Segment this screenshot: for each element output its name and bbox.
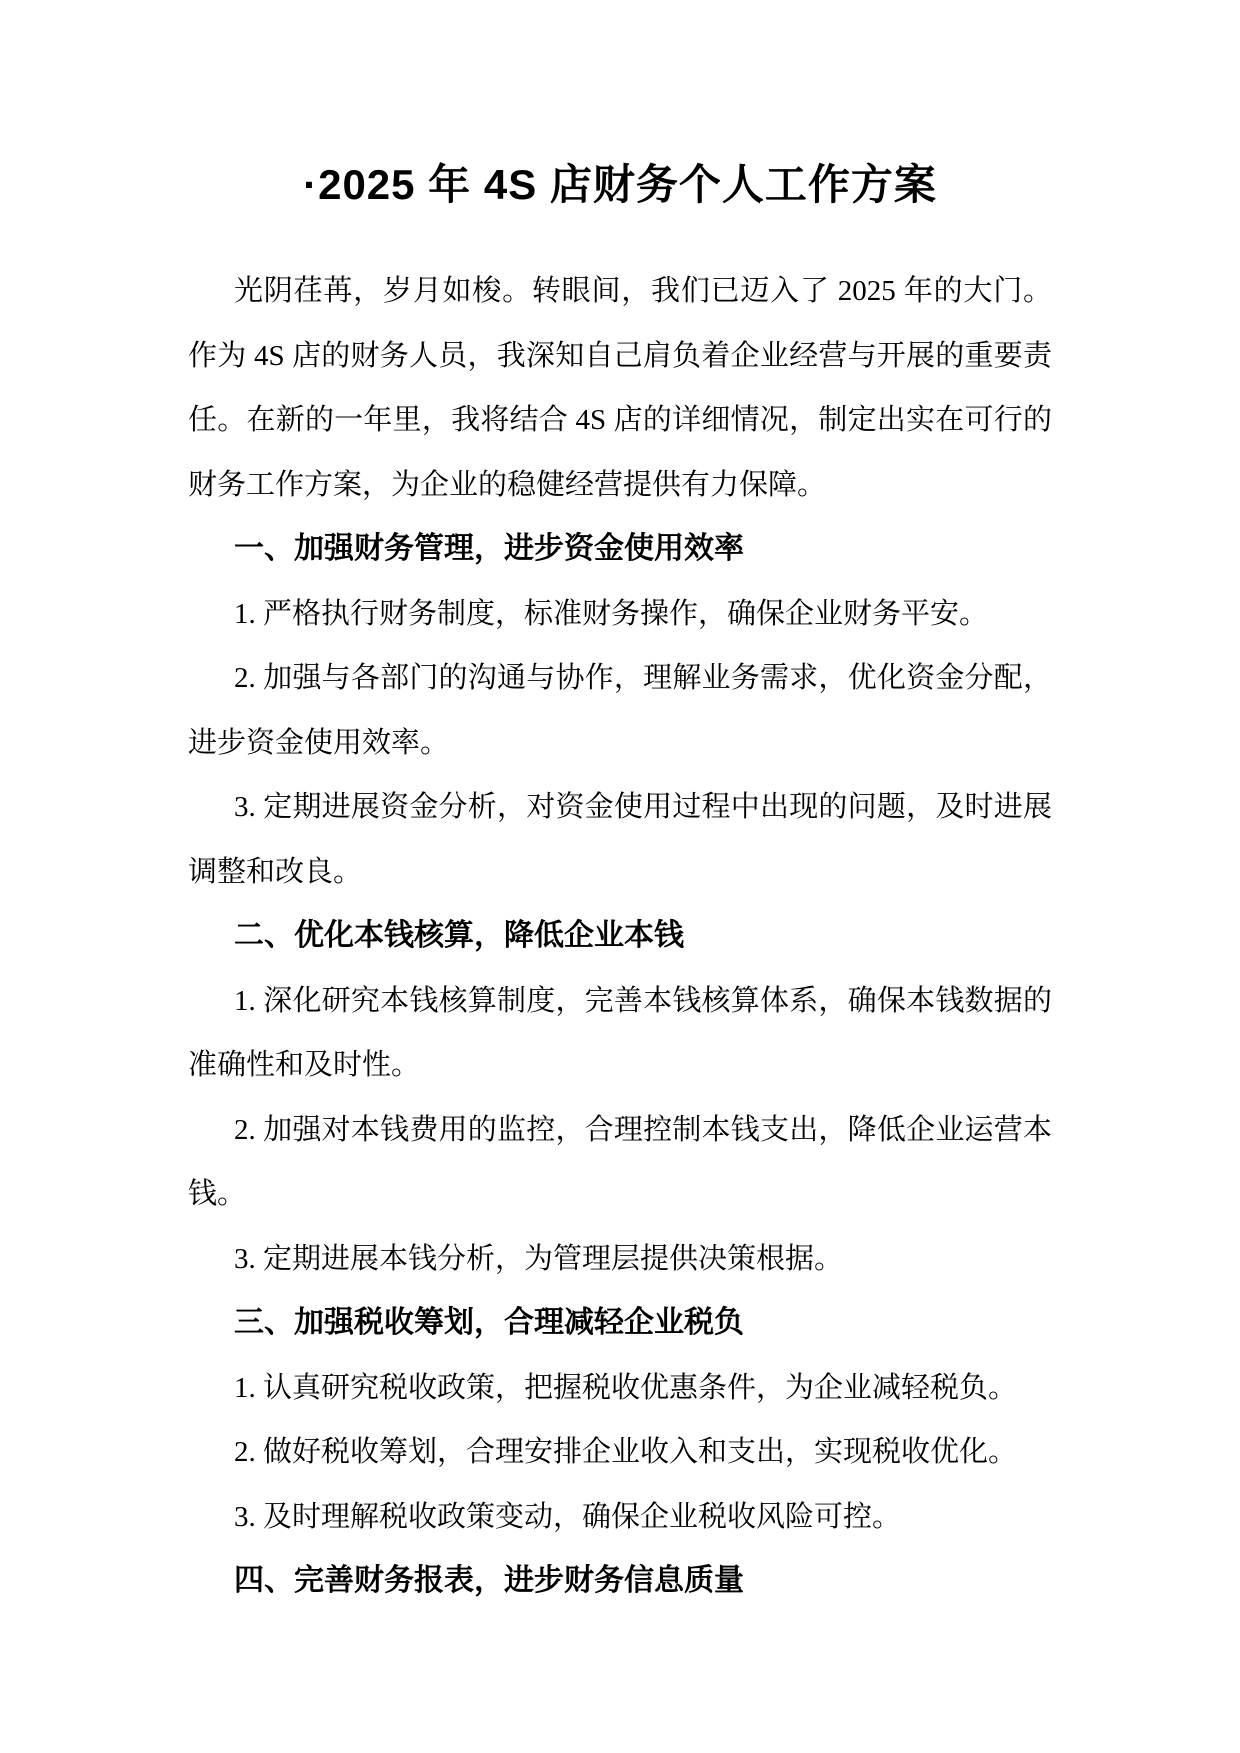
section-3-item-1: 1. 认真研究税收政策，把握税收优惠条件，为企业减轻税负。 bbox=[188, 1356, 1052, 1421]
section-2-item-1: 1. 深化研究本钱核算制度，完善本钱核算体系，确保本钱数据的准确性和及时性。 bbox=[188, 969, 1052, 1098]
section-3-heading: 三、加强税收筹划，合理减轻企业税负 bbox=[188, 1291, 1052, 1356]
section-1-heading: 一、加强财务管理，进步资金使用效率 bbox=[188, 517, 1052, 582]
section-1-item-2: 2. 加强与各部门的沟通与协作，理解业务需求，优化资金分配，进步资金使用效率。 bbox=[188, 646, 1052, 775]
section-3-item-3: 3. 及时理解税收政策变动，确保企业税收风险可控。 bbox=[188, 1485, 1052, 1550]
document-page: ·2025 年 4S 店财务个人工作方案 光阴荏苒，岁月如梭。转眼间，我们已迈入… bbox=[0, 0, 1240, 1753]
section-4-heading: 四、完善财务报表，进步财务信息质量 bbox=[188, 1549, 1052, 1614]
section-1-item-1: 1. 严格执行财务制度，标准财务操作，确保企业财务平安。 bbox=[188, 582, 1052, 647]
section-2-item-3: 3. 定期进展本钱分析，为管理层提供决策根据。 bbox=[188, 1227, 1052, 1292]
document-body: 光阴荏苒，岁月如梭。转眼间，我们已迈入了 2025 年的大门。作为 4S 店的财… bbox=[188, 259, 1052, 1614]
intro-paragraph: 光阴荏苒，岁月如梭。转眼间，我们已迈入了 2025 年的大门。作为 4S 店的财… bbox=[188, 259, 1052, 517]
document-title: ·2025 年 4S 店财务个人工作方案 bbox=[188, 150, 1052, 220]
section-2-item-2: 2. 加强对本钱费用的监控，合理控制本钱支出，降低企业运营本钱。 bbox=[188, 1098, 1052, 1227]
section-2-heading: 二、优化本钱核算，降低企业本钱 bbox=[188, 904, 1052, 969]
section-1-item-3: 3. 定期进展资金分析，对资金使用过程中出现的问题，及时进展调整和改良。 bbox=[188, 775, 1052, 904]
section-3-item-2: 2. 做好税收筹划，合理安排企业收入和支出，实现税收优化。 bbox=[188, 1420, 1052, 1485]
